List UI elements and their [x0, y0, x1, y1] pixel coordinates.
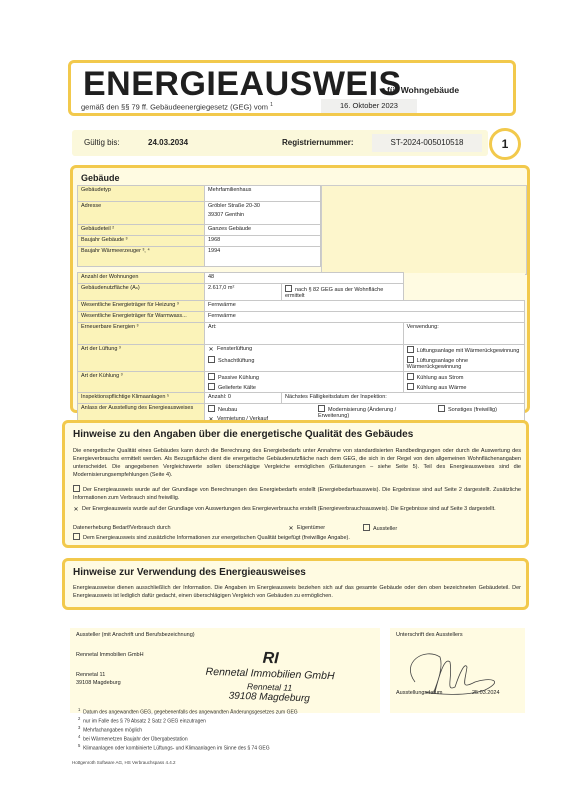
footnote: 3 Mehrfachangaben möglich	[78, 725, 298, 734]
registration-number: ST-2024-005010518	[372, 134, 482, 152]
water-carrier-value: Fernwärme	[205, 312, 525, 323]
usage-section: Hinweise zur Verwendung des Energieauswe…	[62, 558, 529, 610]
title-box: ENERGIEAUSWEIS für Wohngebäude gemäß den…	[68, 60, 516, 116]
area-option: nach § 82 GEG aus der Wohnfläche ermitte…	[282, 284, 404, 301]
area-label: Gebäudenutzfläche (Aₙ)	[78, 284, 205, 301]
building-section: Gebäude GebäudetypMehrfamilienhaus Adres…	[70, 165, 530, 413]
cooling-checkbox-delivered[interactable]	[208, 383, 215, 390]
address-label: Adresse	[78, 202, 205, 225]
footnotes: 1 Datum des angewandten GEG, gegebenenfa…	[78, 707, 298, 752]
inspection-count: Anzahl: 0	[205, 393, 282, 404]
reason-checkbox-other[interactable]	[438, 405, 445, 412]
cooling-checkbox-passive[interactable]	[208, 373, 215, 380]
notes-intro: Die energetische Qualität eines Gebäudes…	[73, 447, 521, 479]
page-number-badge: 1	[489, 128, 521, 160]
water-carrier-label: Wesentliche Energieträger für Warmwass..…	[78, 312, 205, 323]
building-table-top: GebäudetypMehrfamilienhaus AdresseGröble…	[77, 185, 321, 267]
units-value: 48	[205, 273, 404, 284]
company-stamp: RI Rennetal Immobilien GmbH Rennetal 11 …	[189, 647, 351, 706]
building-section-title: Gebäude	[81, 173, 120, 183]
additional-info-row: Dem Energieausweis sind zusätzliche Info…	[73, 533, 521, 542]
heating-carrier-value: Fernwärme	[205, 301, 525, 312]
renewable-type: Art:	[205, 323, 404, 345]
footnote: 1 Datum des angewandten GEG, gegebenenfa…	[78, 707, 298, 716]
building-table-bottom: Anzahl der Wohnungen48 Gebäudenutzfläche…	[77, 272, 525, 427]
building-photo-area	[321, 185, 527, 275]
footnote: 4 bei Wärmenetzen Baujahr der Übergabest…	[78, 734, 298, 743]
valid-until-value: 24.03.2034	[148, 138, 188, 147]
reason-checkbox-modernization[interactable]	[318, 405, 325, 412]
issue-date-label: Ausstellungsdatum	[396, 690, 442, 696]
issue-date: 25.03.2024	[472, 690, 500, 696]
data-collection-row: Datenerhebung Bedarf/Verbrauch durch ✕Ei…	[73, 524, 521, 532]
reason-checkbox-new[interactable]	[208, 405, 215, 412]
demand-checkbox[interactable]	[73, 485, 80, 492]
validity-row: Gültig bis: 24.03.2034 Registriernummer:…	[72, 130, 488, 156]
renewable-use: Verwendung:	[403, 323, 524, 345]
issuer-box: Aussteller (mit Anschrift und Berufsbeze…	[70, 628, 380, 713]
ventilation-checkbox-window[interactable]: ✕	[208, 348, 214, 353]
ventilation-label: Art der Lüftung ³	[78, 345, 205, 372]
building-year-value: 1968	[205, 236, 321, 247]
valid-until-label: Gültig bis:	[84, 138, 120, 147]
issuer-label: Aussteller (mit Anschrift und Berufsbeze…	[76, 632, 195, 638]
inspection-next: Nächstes Fälligkeitsdatum der Inspektion…	[282, 393, 525, 404]
ventilation-checkbox-without-recovery[interactable]	[407, 356, 414, 363]
issuer-street: Rennetal 11	[76, 672, 105, 678]
building-type-label: Gebäudetyp	[78, 186, 205, 202]
issuer-name: Rennetal Immobilien GmbH	[76, 652, 144, 658]
building-year-label: Baujahr Gebäude ³	[78, 236, 205, 247]
owner-checkbox[interactable]: ✕	[288, 527, 294, 532]
heating-carrier-label: Wesentliche Energieträger für Heizung ³	[78, 301, 205, 312]
issuer-checkbox[interactable]	[363, 524, 370, 531]
footnote: 5 Klimaanlagen oder kombinierte Lüftungs…	[78, 743, 298, 752]
area-value: 2.617,0 m²	[205, 284, 282, 301]
notes-option-demand: Der Energieausweis wurde auf der Grundla…	[73, 485, 521, 502]
cooling-checkbox-electric[interactable]	[407, 373, 414, 380]
building-type-value: Mehrfamilienhaus	[205, 186, 321, 202]
area-option-checkbox[interactable]	[285, 285, 292, 292]
usage-title: Hinweise zur Verwendung des Energieauswe…	[73, 567, 306, 578]
signature-label: Unterschrift des Ausstellers	[396, 632, 463, 638]
software-credit: Hottgenroth Software AG, HS Verbrauchspa…	[72, 760, 176, 765]
notes-title: Hinweise zu den Angaben über die energet…	[73, 429, 413, 440]
heater-year-value: 1994	[205, 247, 321, 267]
heater-year-label: Baujahr Wärmeerzeuger ³, ⁴	[78, 247, 205, 267]
signature-box: Unterschrift des Ausstellers Ausstellung…	[390, 628, 525, 713]
building-part-value: Ganzes Gebäude	[205, 225, 321, 236]
document-subtitle: für Wohngebäude	[387, 85, 459, 95]
registration-label: Registriernummer:	[282, 138, 354, 147]
notes-section: Hinweise zu den Angaben über die energet…	[62, 420, 529, 548]
usage-text: Energieausweise dienen ausschließlich de…	[73, 584, 521, 600]
cooling-label: Art der Kühlung ³	[78, 372, 205, 393]
renewable-label: Erneuerbare Energien ³	[78, 323, 205, 345]
building-part-label: Gebäudeteil ²	[78, 225, 205, 236]
consumption-checkbox[interactable]: ✕	[73, 508, 79, 513]
ventilation-checkbox-shaft[interactable]	[208, 356, 215, 363]
geg-reference: gemäß den §§ 79 ff. Gebäudeenergiegesetz…	[81, 102, 273, 112]
cooling-checkbox-heat[interactable]	[407, 383, 414, 390]
inspection-label: Inspektionspflichtige Klimaanlagen ⁵	[78, 393, 205, 404]
footnote: 2 nur im Falle des § 79 Absatz 2 Satz 2 …	[78, 716, 298, 725]
ventilation-checkbox-with-recovery[interactable]	[407, 346, 414, 353]
address-value: Gröbler Straße 20-3039307 Genthin	[205, 202, 321, 225]
additional-info-checkbox[interactable]	[73, 533, 80, 540]
issuer-city: 39108 Magdeburg	[76, 680, 121, 686]
geg-date: 16. Oktober 2023	[321, 99, 417, 113]
units-label: Anzahl der Wohnungen	[78, 273, 205, 284]
notes-option-consumption: ✕Der Energieausweis wurde auf der Grundl…	[73, 505, 521, 513]
